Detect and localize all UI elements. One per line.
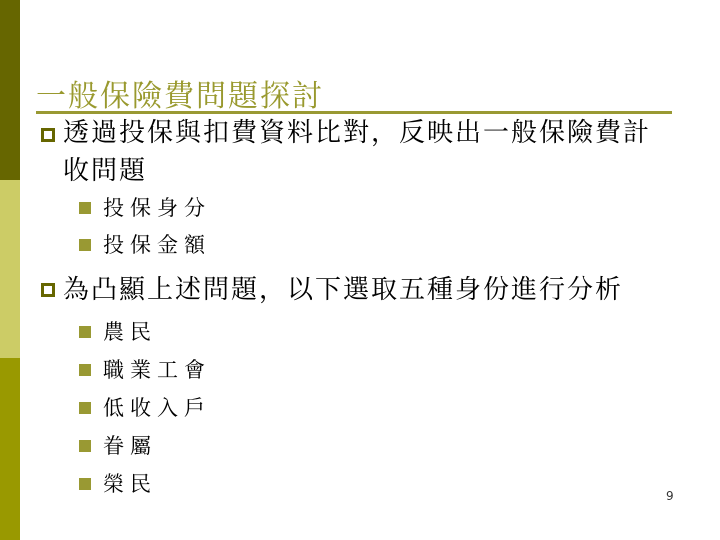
sidebar-segment-bottom (0, 358, 20, 540)
sub-bullet-farmers: 農民 (79, 318, 157, 346)
sub-bullet-label: 投保身分 (103, 194, 211, 222)
filled-square-bullet-icon (79, 364, 91, 376)
filled-square-bullet-icon (79, 478, 91, 490)
sub-bullet-label: 職業工會 (103, 356, 211, 384)
sub-bullet-label: 投保金額 (103, 231, 211, 259)
filled-square-bullet-icon (79, 202, 91, 214)
filled-square-bullet-icon (79, 402, 91, 414)
bullet-item-2-text: 為凸顯上述問題，以下選取五種身份進行分析 (63, 271, 623, 309)
sub-bullet-label: 眷屬 (103, 432, 157, 460)
sub-bullet-label: 榮民 (103, 470, 157, 498)
bullet-item-1: 透過投保與扣費資料比對，反映出一般保險費計 收問題 (41, 114, 651, 190)
filled-square-bullet-icon (79, 239, 91, 251)
slide-canvas: 一般保險費問題探討 透過投保與扣費資料比對，反映出一般保險費計 收問題 投保身分… (0, 0, 720, 540)
page-number: 9 (666, 489, 674, 503)
hollow-square-bullet-icon (41, 128, 55, 142)
sub-bullet-insured-identity: 投保身分 (79, 194, 211, 222)
sub-bullet-veterans: 榮民 (79, 470, 157, 498)
filled-square-bullet-icon (79, 440, 91, 452)
sub-bullet-label: 農民 (103, 318, 157, 346)
bullet-text-line: 透過投保與扣費資料比對，反映出一般保險費計 (63, 114, 651, 152)
sub-bullet-label: 低收入戶 (103, 394, 211, 422)
sidebar-segment-middle (0, 180, 20, 358)
hollow-square-bullet-icon (41, 283, 55, 297)
bullet-text-line: 為凸顯上述問題，以下選取五種身份進行分析 (63, 271, 623, 309)
filled-square-bullet-icon (79, 326, 91, 338)
slide-title: 一般保險費問題探討 (36, 71, 324, 115)
sidebar-segment-top (0, 0, 20, 180)
sub-bullet-dependents: 眷屬 (79, 432, 157, 460)
sub-bullet-insured-amount: 投保金額 (79, 231, 211, 259)
sub-bullet-low-income-household: 低收入戶 (79, 394, 211, 422)
sidebar-accent-bar (0, 0, 20, 540)
sub-bullet-occupational-union: 職業工會 (79, 356, 211, 384)
bullet-item-2: 為凸顯上述問題，以下選取五種身份進行分析 (41, 271, 623, 309)
bullet-item-1-text: 透過投保與扣費資料比對，反映出一般保險費計 收問題 (63, 114, 651, 190)
bullet-text-line: 收問題 (63, 152, 651, 190)
